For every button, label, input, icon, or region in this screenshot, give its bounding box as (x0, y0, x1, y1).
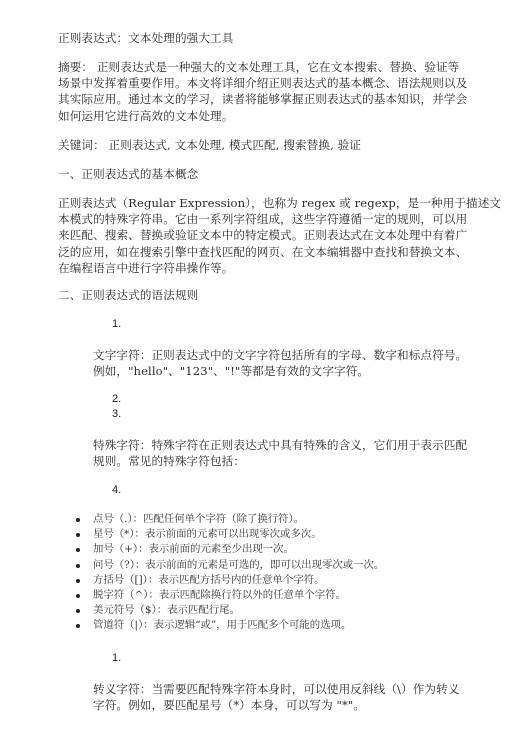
escape-chars-line: 转义字符：当需要匹配特殊字符本身时，可以使用反斜线（\）作为转义 (93, 681, 460, 697)
list-number: 1. (112, 652, 121, 664)
bullet-dot-icon (76, 594, 80, 598)
section2-heading: 二、正则表达式的语法规则 (58, 287, 198, 303)
bullet-item: 美元符号（$）：表示匹配行尾。 (76, 603, 384, 618)
bullet-dot-icon (76, 609, 80, 613)
section1-line: 泛的应用，如在搜索引擎中查找匹配的网页、在文本编辑器中查找和替换文本、 (58, 244, 501, 260)
bullet-dot-icon (76, 579, 80, 583)
abstract-line: 摘要： 正则表达式是一种强大的文本处理工具，它在文本搜索、替换、验证等 (58, 59, 467, 75)
escape-chars-paragraph: 转义字符：当需要匹配特殊字符本身时，可以使用反斜线（\）作为转义 字符。例如，要… (93, 681, 460, 713)
bullet-dot-icon (76, 518, 80, 522)
special-chars-line: 特殊字符：特殊字符在正则表达式中具有特殊的含义，它们用于表示匹配 (93, 437, 467, 453)
bullet-dot-icon (76, 548, 80, 552)
bullet-dot-icon (76, 533, 80, 537)
bullet-item: 方括号（[]）：表示匹配方括号内的任意单个字符。 (76, 573, 384, 588)
abstract-line: 如何运用它进行高效的文本处理。 (58, 108, 467, 124)
section1-line: 在编程语言中进行字符串操作等。 (58, 260, 501, 276)
bullet-item: 管道符（|）：表示逻辑“或”，用于匹配多个可能的选项。 (76, 618, 384, 633)
literal-chars-paragraph: 文字字符：正则表达式中的文字字符包括所有的字母、数字和标点符号。 例如，"hel… (93, 347, 467, 379)
abstract-paragraph: 摘要： 正则表达式是一种强大的文本处理工具，它在文本搜索、替换、验证等 场景中发… (58, 59, 467, 124)
section1-paragraph: 正则表达式（Regular Expression），也称为 regex 或 re… (58, 195, 501, 276)
section1-line: 本模式的特殊字符串。它由一系列字符组成，这些字符遵循一定的规则，可以用 (58, 211, 501, 227)
bullet-item: 星号（*）：表示前面的元素可以出现零次或多次。 (76, 527, 384, 542)
keywords-line: 关键词： 正则表达式, 文本处理, 模式匹配, 搜索替换, 验证 (58, 137, 361, 153)
abstract-line: 场景中发挥着重要作用。本文将详细介绍正则表达式的基本概念、语法规则以及 (58, 75, 467, 91)
bullet-item: 点号（.）：匹配任何单个字符（除了换行符）。 (76, 512, 384, 527)
section1-heading: 一、正则表达式的基本概念 (58, 166, 198, 182)
literal-chars-line: 文字字符：正则表达式中的文字字符包括所有的字母、数字和标点符号。 (93, 347, 467, 363)
document-page: 正则表达式：文本处理的强大工具 摘要： 正则表达式是一种强大的文本处理工具，它在… (0, 0, 528, 743)
list-number: 1. (112, 318, 121, 330)
bullet-dot-icon (76, 624, 80, 628)
list-number: 3. (112, 408, 121, 420)
bullet-item: 脱字符（^）：表示匹配除换行符以外的任意单个字符。 (76, 588, 384, 603)
bullet-dot-icon (76, 564, 80, 568)
list-number: 4. (112, 484, 121, 496)
special-chars-bullet-list: 点号（.）：匹配任何单个字符（除了换行符）。 星号（*）：表示前面的元素可以出现… (76, 512, 384, 634)
escape-chars-line: 字符。例如，要匹配星号（*）本身，可以写为 "*"。 (93, 697, 460, 713)
literal-chars-line: 例如，"hello"、"123"、"!"等都是有效的文字字符。 (93, 363, 467, 379)
section1-line: 来匹配、搜索、替换或验证文本中的特定模式。正则表达式在文本处理中有着广 (58, 227, 501, 243)
special-chars-line: 规则。常见的特殊字符包括： (93, 453, 467, 469)
bullet-item: 问号（?）：表示前面的元素是可选的，即可以出现零次或一次。 (76, 558, 384, 573)
abstract-line: 其实际应用。通过本文的学习，读者将能够掌握正则表达式的基本知识，并学会 (58, 91, 467, 107)
list-number: 2. (112, 393, 121, 405)
section1-line: 正则表达式（Regular Expression），也称为 regex 或 re… (58, 195, 501, 211)
special-chars-paragraph: 特殊字符：特殊字符在正则表达式中具有特殊的含义，它们用于表示匹配 规则。常见的特… (93, 437, 467, 469)
document-title: 正则表达式：文本处理的强大工具 (58, 30, 233, 46)
bullet-item: 加号（+）：表示前面的元素至少出现一次。 (76, 542, 384, 557)
